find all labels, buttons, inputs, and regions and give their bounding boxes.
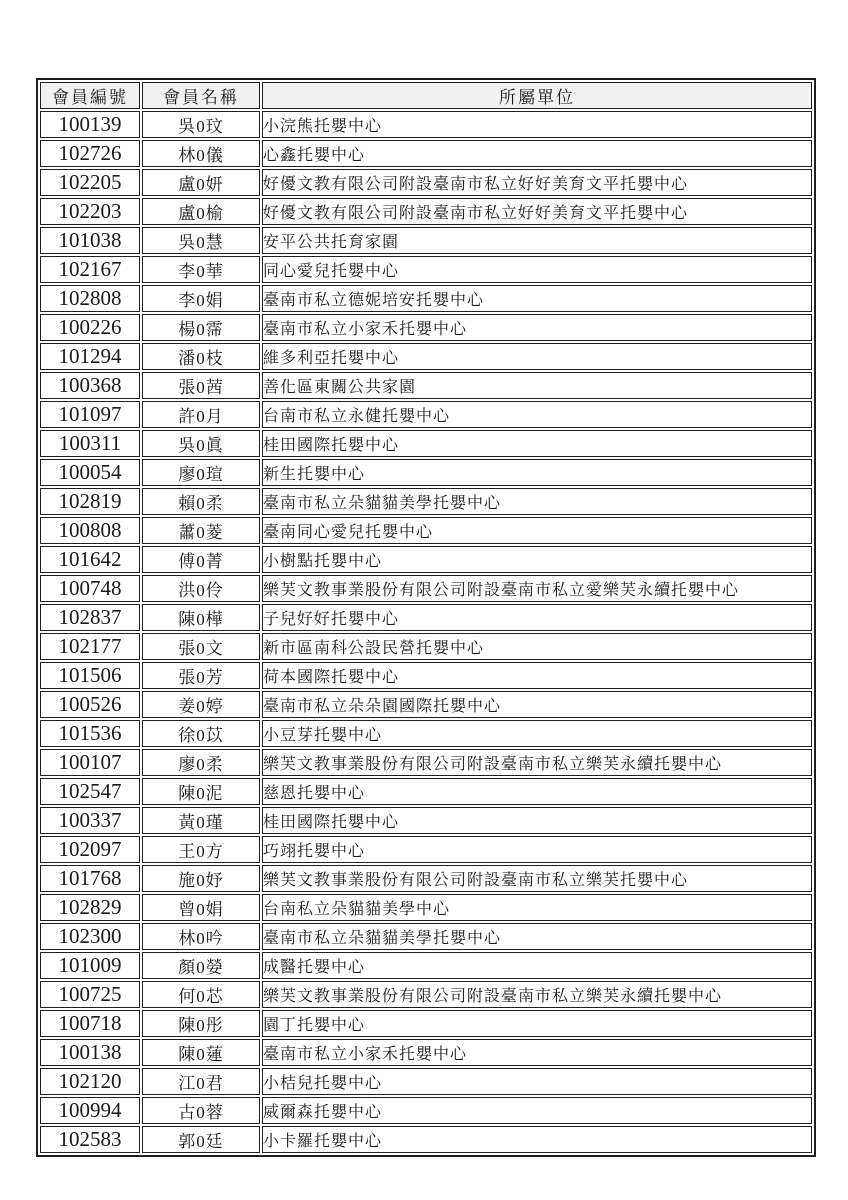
table-row: 102547 陳0泥 慈恩托嬰中心 <box>40 778 812 805</box>
cell-unit: 樂芙文教事業股份有限公司附設臺南市私立樂芙托嬰中心 <box>262 865 812 892</box>
cell-unit: 好優文教有限公司附設臺南市私立好好美育文平托嬰中心 <box>262 198 812 225</box>
cell-member-id: 100748 <box>40 575 140 602</box>
cell-unit: 同心愛兒托嬰中心 <box>262 256 812 283</box>
table-row: 100368 張0茜 善化區東關公共家園 <box>40 372 812 399</box>
cell-unit: 小桔兒托嬰中心 <box>262 1068 812 1095</box>
cell-unit: 小浣熊托嬰中心 <box>262 111 812 138</box>
header-member-name: 會員名稱 <box>142 82 260 109</box>
cell-unit: 小豆芽托嬰中心 <box>262 720 812 747</box>
table-row: 102583 郭0廷 小卡羅托嬰中心 <box>40 1126 812 1153</box>
cell-unit: 新生托嬰中心 <box>262 459 812 486</box>
cell-member-name: 李0華 <box>142 256 260 283</box>
cell-member-id: 101097 <box>40 401 140 428</box>
cell-member-id: 101642 <box>40 546 140 573</box>
table-row: 100337 黃0瑾 桂田國際托嬰中心 <box>40 807 812 834</box>
table-row: 100994 古0蓉 威爾森托嬰中心 <box>40 1097 812 1124</box>
cell-unit: 小樹點托嬰中心 <box>262 546 812 573</box>
cell-member-id: 100311 <box>40 430 140 457</box>
cell-member-name: 李0娟 <box>142 285 260 312</box>
table-row: 101294 潘0枝 維多利亞托嬰中心 <box>40 343 812 370</box>
cell-unit: 心鑫托嬰中心 <box>262 140 812 167</box>
cell-member-id: 100994 <box>40 1097 140 1124</box>
cell-member-id: 100725 <box>40 981 140 1008</box>
cell-unit: 巧翊托嬰中心 <box>262 836 812 863</box>
cell-member-id: 102120 <box>40 1068 140 1095</box>
header-unit: 所屬單位 <box>262 82 812 109</box>
cell-member-name: 洪0伶 <box>142 575 260 602</box>
cell-unit: 臺南同心愛兒托嬰中心 <box>262 517 812 544</box>
cell-member-id: 102167 <box>40 256 140 283</box>
cell-unit: 安平公共托育家園 <box>262 227 812 254</box>
cell-unit: 臺南市私立小家禾托嬰中心 <box>262 1039 812 1066</box>
cell-member-name: 徐0苡 <box>142 720 260 747</box>
cell-member-name: 廖0瑄 <box>142 459 260 486</box>
table-row: 100138 陳0蓮 臺南市私立小家禾托嬰中心 <box>40 1039 812 1066</box>
cell-unit: 臺南市私立朵貓貓美學托嬰中心 <box>262 923 812 950</box>
table-row: 102205 盧0妍 好優文教有限公司附設臺南市私立好好美育文平托嬰中心 <box>40 169 812 196</box>
cell-member-id: 102583 <box>40 1126 140 1153</box>
cell-member-name: 姜0婷 <box>142 691 260 718</box>
table-row: 101768 施0妤 樂芙文教事業股份有限公司附設臺南市私立樂芙托嬰中心 <box>40 865 812 892</box>
cell-member-id: 100808 <box>40 517 140 544</box>
table-row: 102829 曾0娟 台南私立朵貓貓美學中心 <box>40 894 812 921</box>
table-body: 100139 吳0玟 小浣熊托嬰中心 102726 林0儀 心鑫托嬰中心 102… <box>40 111 812 1153</box>
cell-unit: 善化區東關公共家園 <box>262 372 812 399</box>
member-table: 會員編號 會員名稱 所屬單位 100139 吳0玟 小浣熊托嬰中心 102726… <box>36 78 816 1157</box>
cell-member-name: 郭0廷 <box>142 1126 260 1153</box>
table-row: 101506 張0芳 荷本國際托嬰中心 <box>40 662 812 689</box>
table-row: 100748 洪0伶 樂芙文教事業股份有限公司附設臺南市私立愛樂芙永續托嬰中心 <box>40 575 812 602</box>
cell-unit: 台南私立朵貓貓美學中心 <box>262 894 812 921</box>
cell-member-id: 101536 <box>40 720 140 747</box>
table-row: 101097 許0月 台南市私立永健托嬰中心 <box>40 401 812 428</box>
table-row: 102203 盧0榆 好優文教有限公司附設臺南市私立好好美育文平托嬰中心 <box>40 198 812 225</box>
document-page: 會員編號 會員名稱 所屬單位 100139 吳0玟 小浣熊托嬰中心 102726… <box>0 0 848 1200</box>
table-row: 101009 顏0嫈 成醫托嬰中心 <box>40 952 812 979</box>
cell-unit: 子兒好好托嬰中心 <box>262 604 812 631</box>
table-row: 100718 陳0彤 園丁托嬰中心 <box>40 1010 812 1037</box>
cell-member-name: 張0文 <box>142 633 260 660</box>
cell-member-id: 102819 <box>40 488 140 515</box>
table-row: 102819 賴0柔 臺南市私立朵貓貓美學托嬰中心 <box>40 488 812 515</box>
table-row: 102808 李0娟 臺南市私立德妮培安托嬰中心 <box>40 285 812 312</box>
table-row: 102726 林0儀 心鑫托嬰中心 <box>40 140 812 167</box>
cell-member-name: 許0月 <box>142 401 260 428</box>
cell-unit: 臺南市私立小家禾托嬰中心 <box>262 314 812 341</box>
cell-member-id: 100138 <box>40 1039 140 1066</box>
cell-unit: 維多利亞托嬰中心 <box>262 343 812 370</box>
table-row: 100808 蕭0菱 臺南同心愛兒托嬰中心 <box>40 517 812 544</box>
table-row: 102837 陳0樺 子兒好好托嬰中心 <box>40 604 812 631</box>
cell-unit: 園丁托嬰中心 <box>262 1010 812 1037</box>
cell-unit: 好優文教有限公司附設臺南市私立好好美育文平托嬰中心 <box>262 169 812 196</box>
cell-member-name: 顏0嫈 <box>142 952 260 979</box>
cell-member-name: 黃0瑾 <box>142 807 260 834</box>
table-row: 102120 江0君 小桔兒托嬰中心 <box>40 1068 812 1095</box>
cell-unit: 桂田國際托嬰中心 <box>262 430 812 457</box>
header-member-id: 會員編號 <box>40 82 140 109</box>
table-row: 101536 徐0苡 小豆芽托嬰中心 <box>40 720 812 747</box>
table-row: 101642 傅0菁 小樹點托嬰中心 <box>40 546 812 573</box>
table-row: 100226 楊0霈 臺南市私立小家禾托嬰中心 <box>40 314 812 341</box>
cell-member-id: 102097 <box>40 836 140 863</box>
cell-member-id: 100054 <box>40 459 140 486</box>
cell-member-name: 陳0泥 <box>142 778 260 805</box>
cell-member-id: 102837 <box>40 604 140 631</box>
cell-member-name: 楊0霈 <box>142 314 260 341</box>
cell-member-id: 102829 <box>40 894 140 921</box>
cell-member-name: 潘0枝 <box>142 343 260 370</box>
cell-member-name: 盧0榆 <box>142 198 260 225</box>
table-row: 102300 林0吟 臺南市私立朵貓貓美學托嬰中心 <box>40 923 812 950</box>
cell-member-name: 江0君 <box>142 1068 260 1095</box>
table-row: 100054 廖0瑄 新生托嬰中心 <box>40 459 812 486</box>
cell-member-id: 101768 <box>40 865 140 892</box>
table-row: 100107 廖0柔 樂芙文教事業股份有限公司附設臺南市私立樂芙永續托嬰中心 <box>40 749 812 776</box>
cell-member-name: 林0吟 <box>142 923 260 950</box>
table-row: 101038 吳0慧 安平公共托育家園 <box>40 227 812 254</box>
cell-member-id: 101009 <box>40 952 140 979</box>
cell-unit: 台南市私立永健托嬰中心 <box>262 401 812 428</box>
cell-unit: 新市區南科公設民營托嬰中心 <box>262 633 812 660</box>
cell-member-id: 101038 <box>40 227 140 254</box>
cell-member-name: 張0芳 <box>142 662 260 689</box>
cell-member-id: 101506 <box>40 662 140 689</box>
table-row: 102097 王0方 巧翊托嬰中心 <box>40 836 812 863</box>
cell-unit: 臺南市私立德妮培安托嬰中心 <box>262 285 812 312</box>
cell-member-id: 100107 <box>40 749 140 776</box>
cell-member-id: 100718 <box>40 1010 140 1037</box>
cell-member-id: 100337 <box>40 807 140 834</box>
cell-member-name: 何0芯 <box>142 981 260 1008</box>
cell-member-name: 林0儀 <box>142 140 260 167</box>
cell-member-name: 吳0眞 <box>142 430 260 457</box>
cell-member-name: 廖0柔 <box>142 749 260 776</box>
cell-member-id: 102177 <box>40 633 140 660</box>
table-row: 100526 姜0婷 臺南市私立朵朵園國際托嬰中心 <box>40 691 812 718</box>
cell-member-id: 100226 <box>40 314 140 341</box>
cell-member-id: 102547 <box>40 778 140 805</box>
cell-member-name: 施0妤 <box>142 865 260 892</box>
cell-unit: 慈恩托嬰中心 <box>262 778 812 805</box>
cell-member-id: 102203 <box>40 198 140 225</box>
cell-unit: 臺南市私立朵貓貓美學托嬰中心 <box>262 488 812 515</box>
cell-unit: 樂芙文教事業股份有限公司附設臺南市私立樂芙永續托嬰中心 <box>262 749 812 776</box>
cell-unit: 小卡羅托嬰中心 <box>262 1126 812 1153</box>
cell-member-name: 吳0玟 <box>142 111 260 138</box>
cell-member-name: 傅0菁 <box>142 546 260 573</box>
cell-unit: 桂田國際托嬰中心 <box>262 807 812 834</box>
cell-member-id: 102300 <box>40 923 140 950</box>
cell-unit: 樂芙文教事業股份有限公司附設臺南市私立愛樂芙永續托嬰中心 <box>262 575 812 602</box>
cell-member-id: 100368 <box>40 372 140 399</box>
cell-unit: 臺南市私立朵朵園國際托嬰中心 <box>262 691 812 718</box>
table-row: 102167 李0華 同心愛兒托嬰中心 <box>40 256 812 283</box>
table-row: 100139 吳0玟 小浣熊托嬰中心 <box>40 111 812 138</box>
cell-member-name: 蕭0菱 <box>142 517 260 544</box>
cell-member-name: 吳0慧 <box>142 227 260 254</box>
cell-member-name: 張0茜 <box>142 372 260 399</box>
cell-member-name: 陳0彤 <box>142 1010 260 1037</box>
cell-unit: 樂芙文教事業股份有限公司附設臺南市私立樂芙永續托嬰中心 <box>262 981 812 1008</box>
cell-member-id: 102808 <box>40 285 140 312</box>
cell-member-id: 100139 <box>40 111 140 138</box>
table-row: 102177 張0文 新市區南科公設民營托嬰中心 <box>40 633 812 660</box>
table-header-row: 會員編號 會員名稱 所屬單位 <box>40 82 812 109</box>
cell-member-id: 100526 <box>40 691 140 718</box>
table-row: 100311 吳0眞 桂田國際托嬰中心 <box>40 430 812 457</box>
cell-member-name: 王0方 <box>142 836 260 863</box>
cell-member-id: 101294 <box>40 343 140 370</box>
cell-member-name: 古0蓉 <box>142 1097 260 1124</box>
cell-member-name: 賴0柔 <box>142 488 260 515</box>
cell-member-name: 陳0蓮 <box>142 1039 260 1066</box>
cell-unit: 威爾森托嬰中心 <box>262 1097 812 1124</box>
cell-member-id: 102726 <box>40 140 140 167</box>
cell-member-name: 盧0妍 <box>142 169 260 196</box>
cell-unit: 荷本國際托嬰中心 <box>262 662 812 689</box>
cell-member-id: 102205 <box>40 169 140 196</box>
cell-unit: 成醫托嬰中心 <box>262 952 812 979</box>
table-row: 100725 何0芯 樂芙文教事業股份有限公司附設臺南市私立樂芙永續托嬰中心 <box>40 981 812 1008</box>
cell-member-name: 曾0娟 <box>142 894 260 921</box>
cell-member-name: 陳0樺 <box>142 604 260 631</box>
